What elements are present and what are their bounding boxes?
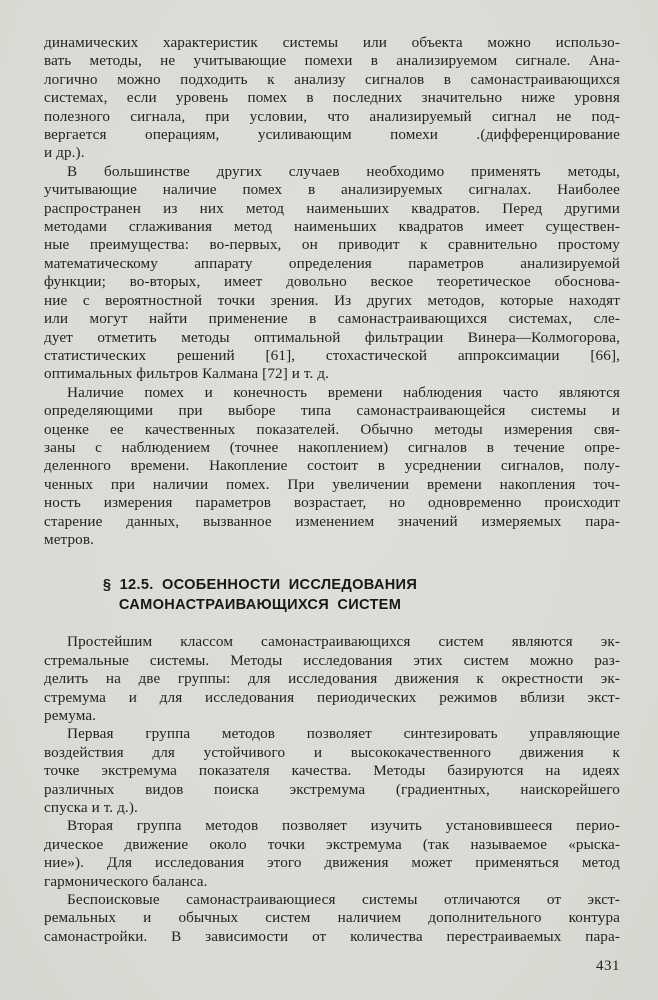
text-line: или могут найти применение в самонастраи… bbox=[44, 310, 620, 328]
text-line: заны с наблюдением (точнее накоплением) … bbox=[44, 439, 620, 457]
text-line: стремума и для исследования периодически… bbox=[44, 689, 620, 707]
text-line: вергается операциям, усиливающим помехи … bbox=[44, 126, 620, 144]
section-heading-line-1: § 12.5. ОСОБЕННОСТИ ИССЛЕДОВАНИЯ bbox=[103, 577, 417, 593]
text-line: оптимальных фильтров Калмана [72] и т. д… bbox=[44, 365, 620, 383]
text-line: функции; во-вторых, имеет довольно веско… bbox=[44, 273, 620, 291]
text-line: полезного сигнала, при условии, что анал… bbox=[44, 108, 620, 126]
text-column: динамических характеристик системы или о… bbox=[44, 34, 620, 975]
section-heading: § 12.5. ОСОБЕННОСТИ ИССЛЕДОВАНИЯ САМОНАС… bbox=[44, 575, 476, 615]
paragraph: Наличие помех и конечность времени наблю… bbox=[44, 384, 620, 550]
paragraph: Вторая группа методов позволяет изучить … bbox=[44, 817, 620, 891]
book-page: динамических характеристик системы или о… bbox=[0, 0, 658, 1000]
text-line: точке экстремума показателя качества. Ме… bbox=[44, 762, 620, 780]
text-line: ность измерения параметров возрастает, н… bbox=[44, 494, 620, 512]
text-line: В большинстве других случаев необходимо … bbox=[44, 163, 620, 181]
text-line: оценке ее качественных показателей. Обыч… bbox=[44, 421, 620, 439]
text-line: спуска и т. д.). bbox=[44, 799, 620, 817]
text-line: статистических решений [61], стохастичес… bbox=[44, 347, 620, 365]
text-line: дическое движение около точки экстремума… bbox=[44, 836, 620, 854]
section-heading-line-2: САМОНАСТРАИВАЮЩИХСЯ СИСТЕМ bbox=[119, 597, 401, 613]
text-line: стремальные системы. Методы исследования… bbox=[44, 652, 620, 670]
text-line: вать методы, не учитывающие помехи в ана… bbox=[44, 52, 620, 70]
text-line: определяющими при выборе типа самонастра… bbox=[44, 402, 620, 420]
text-line: ремума. bbox=[44, 707, 620, 725]
text-line: различных видов поиска экстремума (гради… bbox=[44, 781, 620, 799]
text-line: ремальных и обычных систем наличием допо… bbox=[44, 909, 620, 927]
paragraph: Беспоисковые самонастраивающиеся системы… bbox=[44, 891, 620, 946]
body-paragraphs-bottom: Простейшим классом самонастраивающихся с… bbox=[44, 633, 620, 946]
text-line: математическому аппарату определения пар… bbox=[44, 255, 620, 273]
paragraph: Простейшим классом самонастраивающихся с… bbox=[44, 633, 620, 725]
text-line: воздействия для устойчивого и высококаче… bbox=[44, 744, 620, 762]
text-line: динамических характеристик системы или о… bbox=[44, 34, 620, 52]
text-line: ние с вероятностной точки зрения. Из дру… bbox=[44, 292, 620, 310]
text-line: ние»). Для исследования этого движения м… bbox=[44, 854, 620, 872]
text-line: логично можно подходить к анализу сигнал… bbox=[44, 71, 620, 89]
text-line: методами сглаживания метод наименьших кв… bbox=[44, 218, 620, 236]
text-line: старение данных, вызванное изменением зн… bbox=[44, 513, 620, 531]
text-line: Вторая группа методов позволяет изучить … bbox=[44, 817, 620, 835]
text-line: самонастройки. В зависимости от количест… bbox=[44, 928, 620, 946]
text-line: системах, если уровень помех в последних… bbox=[44, 89, 620, 107]
body-paragraphs-top: динамических характеристик системы или о… bbox=[44, 34, 620, 549]
paragraph: Первая группа методов позволяет синтезир… bbox=[44, 725, 620, 817]
paragraph: В большинстве других случаев необходимо … bbox=[44, 163, 620, 384]
text-line: распространен из них метод наименьших кв… bbox=[44, 200, 620, 218]
text-line: и др.). bbox=[44, 144, 620, 162]
text-line: делить на две группы: для исследования д… bbox=[44, 670, 620, 688]
paragraph: динамических характеристик системы или о… bbox=[44, 34, 620, 163]
text-line: гармонического баланса. bbox=[44, 873, 620, 891]
text-line: дует отметить методы оптимальной фильтра… bbox=[44, 329, 620, 347]
text-line: ные преимущества: во-первых, он приводит… bbox=[44, 236, 620, 254]
text-line: деленного времени. Накопление состоит в … bbox=[44, 457, 620, 475]
text-line: ченных при наличии помех. При увеличении… bbox=[44, 476, 620, 494]
page-number: 431 bbox=[44, 958, 620, 975]
text-line: Беспоисковые самонастраивающиеся системы… bbox=[44, 891, 620, 909]
text-line: метров. bbox=[44, 531, 620, 549]
text-line: Первая группа методов позволяет синтезир… bbox=[44, 725, 620, 743]
text-line: Простейшим классом самонастраивающихся с… bbox=[44, 633, 620, 651]
text-line: учитывающие наличие помех в анализируемы… bbox=[44, 181, 620, 199]
text-line: Наличие помех и конечность времени наблю… bbox=[44, 384, 620, 402]
